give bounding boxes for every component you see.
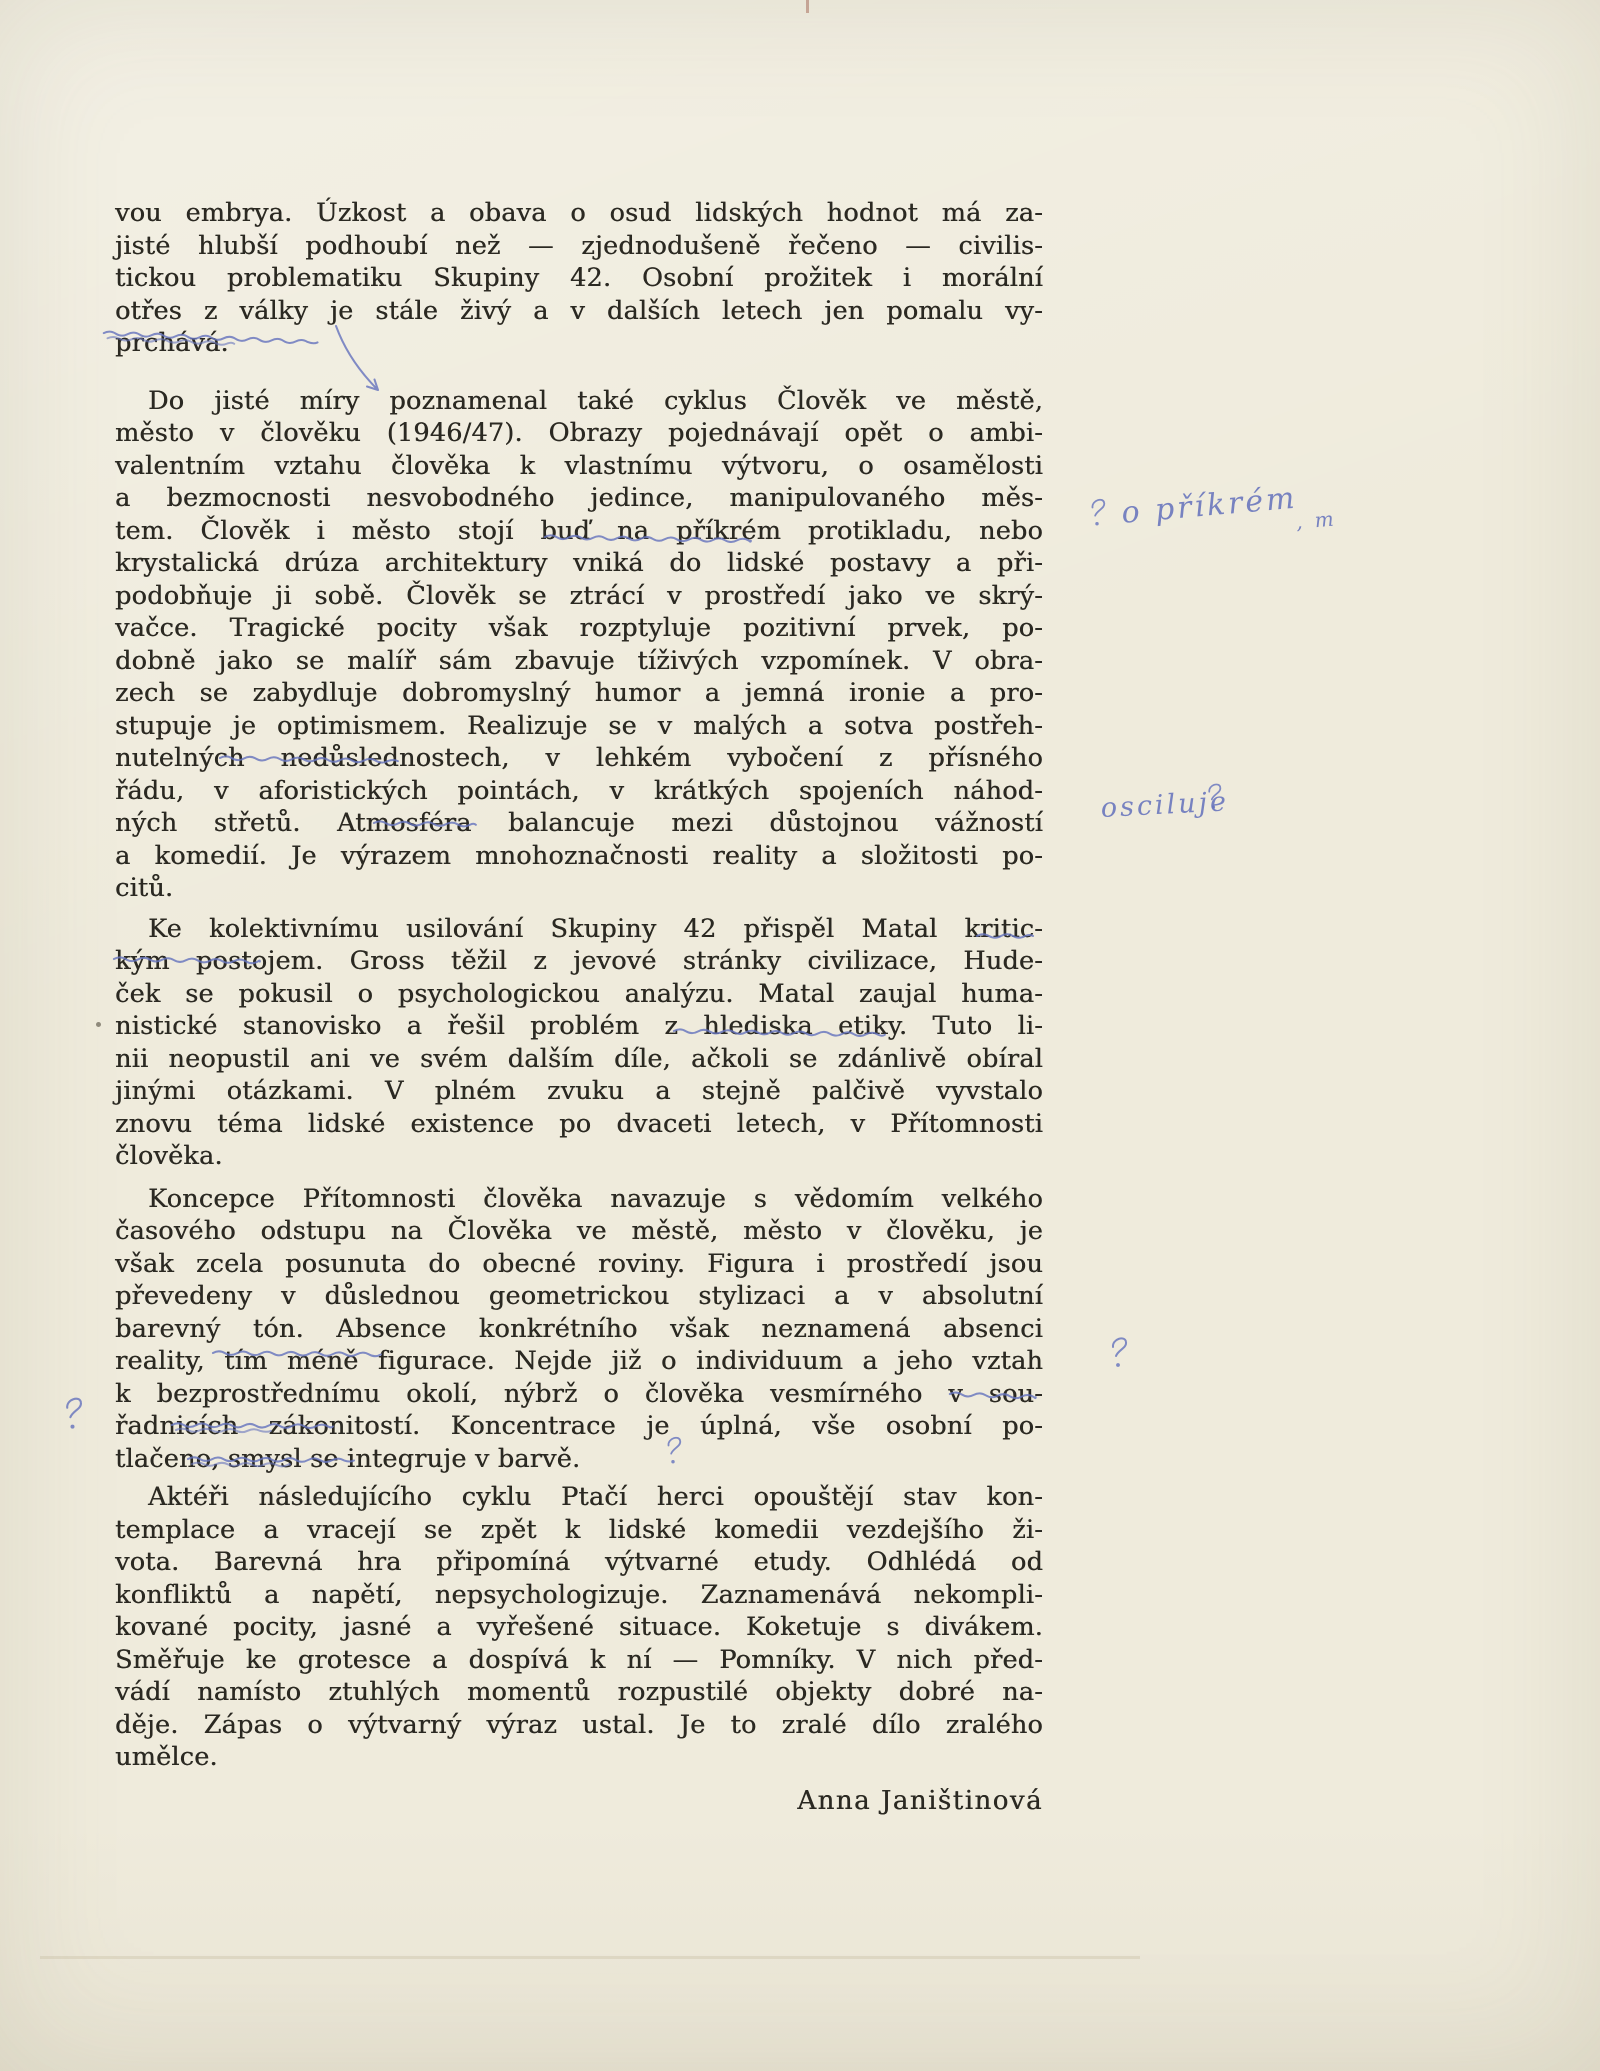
text-line: Směřuje ke grotesce a dospívá k ní — Pom… (115, 1644, 1043, 1677)
paragraph: Do jisté míry poznamenal také cyklus Člo… (115, 385, 1043, 905)
text-line: citů. (115, 872, 1043, 905)
text-line: převedeny v důslednou geometrickou styli… (115, 1280, 1043, 1313)
text-line: valentním vztahu člověka k vlastnímu výt… (115, 450, 1043, 483)
handwritten-note: , m (1295, 506, 1338, 533)
text-line: řadnicích zákonitostí. Koncentrace je úp… (115, 1410, 1043, 1443)
text-line: tlačeno, smysl se integruje v barvě. (115, 1443, 1043, 1476)
question-mark-squiggle (1108, 1332, 1136, 1374)
text-line: zech se zabydluje dobromyslný humor a je… (115, 677, 1043, 710)
text-line: znovu téma lidské existence po dvaceti l… (115, 1108, 1043, 1141)
text-line: časového odstupu na Člověka ve městě, mě… (115, 1215, 1043, 1248)
text-line: ček se pokusil o psychologickou analýzu.… (115, 978, 1043, 1011)
text-line: vota. Barevná hra připomíná výtvarné etu… (115, 1546, 1043, 1579)
text-line: Aktéři následujícího cyklu Ptačí herci o… (115, 1481, 1043, 1514)
paragraph: Aktéři následujícího cyklu Ptačí herci o… (115, 1481, 1043, 1774)
text-line: templace a vracejí se zpět k lidské kome… (115, 1514, 1043, 1547)
text-line: však zcela posunuta do obecné roviny. Fi… (115, 1248, 1043, 1281)
text-line: kované pocity, jasné a vyřešené situace.… (115, 1611, 1043, 1644)
text-line: barevný tón. Absence konkrétního však ne… (115, 1313, 1043, 1346)
paragraph: vou embrya. Úzkost a obava o osud lidský… (115, 197, 1043, 360)
text-line: konfliktů a napětí, nepsychologizuje. Za… (115, 1579, 1043, 1612)
text-line: jinými otázkami. V plném zvuku a stejně … (115, 1075, 1043, 1108)
text-line: nii neopustil ani ve svém dalším díle, a… (115, 1043, 1043, 1076)
text-line: člověka. (115, 1140, 1043, 1173)
text-line: stupuje je optimismem. Realizuje se v ma… (115, 710, 1043, 743)
text-line: vádí namísto ztuhlých momentů rozpustilé… (115, 1676, 1043, 1709)
text-line: kým postojem. Gross těžil z jevové strán… (115, 945, 1043, 978)
handwritten-note: osciluje (1100, 786, 1230, 824)
text-line: podobňuje ji sobě. Člověk se ztrácí v pr… (115, 580, 1043, 613)
text-line: prchává. (115, 327, 1043, 360)
text-line: Ke kolektivnímu usilování Skupiny 42 při… (115, 913, 1043, 946)
text-line: ných střetů. Atmosféra balancuje mezi dů… (115, 807, 1043, 840)
text-line: jisté hlubší podhoubí než — zjednodušeně… (115, 230, 1043, 263)
text-line: dobně jako se malíř sám zbavuje tíživých… (115, 645, 1043, 678)
scan-artifact-dot (96, 1022, 101, 1027)
text-line: Do jisté míry poznamenal také cyklus Člo… (115, 385, 1043, 418)
text-line: nutelných nedůslednostech, v lehkém vybo… (115, 742, 1043, 775)
text-line: vačce. Tragické pocity však rozptyluje p… (115, 612, 1043, 645)
text-line: město v člověku (1946/47). Obrazy pojedn… (115, 417, 1043, 450)
text-line: reality, tím méně figurace. Nejde již o … (115, 1345, 1043, 1378)
scan-artifact-streak (40, 1956, 1140, 1959)
question-mark-squiggle (1205, 779, 1229, 815)
paragraph: Koncepce Přítomnosti člověka navazuje s … (115, 1183, 1043, 1476)
paragraph: Ke kolektivnímu usilování Skupiny 42 při… (115, 913, 1043, 1173)
document-text-block: vou embrya. Úzkost a obava o osud lidský… (115, 197, 1043, 1774)
text-line: děje. Zápas o výtvarný výraz ustal. Je t… (115, 1709, 1043, 1742)
text-line: krystalická drúza architektury vniká do … (115, 547, 1043, 580)
text-line: Koncepce Přítomnosti člověka navazuje s … (115, 1183, 1043, 1216)
text-line: tickou problematiku Skupiny 42. Osobní p… (115, 262, 1043, 295)
text-line: a bezmocnosti nesvobodného jedince, mani… (115, 482, 1043, 515)
author-signature: Anna Janištinová (115, 1786, 1043, 1816)
question-mark-squiggle (1088, 494, 1113, 532)
text-line: tem. Člověk i město stojí buď na příkrém… (115, 515, 1043, 548)
text-line: umělce. (115, 1741, 1043, 1774)
text-line: řádu, v aforistických pointách, v krátký… (115, 775, 1043, 808)
scan-artifact-tick (806, 0, 809, 13)
scanned-page: vou embrya. Úzkost a obava o osud lidský… (0, 0, 1600, 2071)
text-line: vou embrya. Úzkost a obava o osud lidský… (115, 197, 1043, 230)
text-line: nistické stanovisko a řešil problém z hl… (115, 1010, 1043, 1043)
handwritten-note: o příkrém (1120, 481, 1299, 531)
text-line: a komedií. Je výrazem mnohoznačnosti rea… (115, 840, 1043, 873)
text-line: otřes z války je stále živý a v dalších … (115, 295, 1043, 328)
question-mark-squiggle (62, 1392, 91, 1436)
text-line: k bezprostřednímu okolí, nýbrž o člověka… (115, 1378, 1043, 1411)
